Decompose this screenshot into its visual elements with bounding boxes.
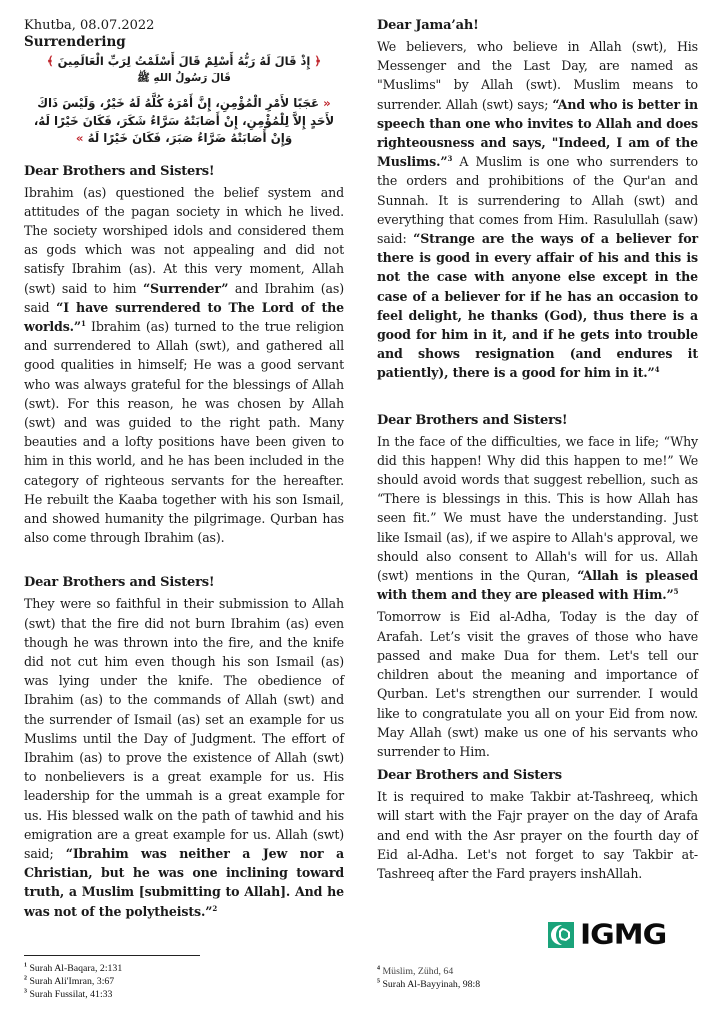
footnote-divider (24, 955, 200, 956)
arabic-verse-block: ﴿ إِذْ قَالَ لَهُ رَبُّهُ أَسْلِمْ قَالَ… (24, 53, 344, 148)
footnote-item: 1 Surah Al-Baqara, 2:131 (24, 962, 122, 975)
arabic-hadith: « عَجَبًا لأَمْرِ الْمُؤْمِنِ، إِنَّ أَم… (24, 95, 344, 148)
section-2: Dear Brothers and Sisters! They were so … (24, 573, 344, 920)
footnote-item: 2 Surah Ali'Imran, 3:67 (24, 975, 122, 988)
footnote-ref[interactable]: 5 (674, 587, 679, 596)
section-1: Dear Brothers and Sisters! Ibrahim (as) … (24, 162, 344, 548)
hadith-attribution: قَالَ رَسُولُ اللهِ ﷺ (24, 70, 344, 87)
igmg-logo: IGMG (548, 922, 666, 948)
footnote-number: 3 (24, 989, 27, 995)
footnote-ref[interactable]: 4 (655, 365, 660, 374)
khutba-date: Khutba, 08.07.2022 (24, 17, 344, 34)
footnotes-right: 4 Müslim, Zühd, 64 5 Surah Al-Bayyinah, … (377, 965, 480, 991)
hadith-quote: “Strange are the ways of a believer for … (377, 231, 698, 380)
section-takbir: Dear Brothers and Sisters It is required… (377, 766, 698, 883)
right-column: Dear Jama’ah! We believers, who believe … (377, 0, 698, 883)
body-text: In the face of the difficulties, we face… (377, 434, 698, 583)
body-text: Ibrahim (as) questioned the belief syste… (24, 185, 344, 296)
emphasis-text: “Surrender” (143, 281, 228, 296)
hadith-quote-open: « (323, 96, 331, 110)
footnote-text: Surah Ali'Imran, 3:67 (29, 976, 114, 987)
section-jamaah: Dear Jama’ah! We believers, who believe … (377, 16, 698, 383)
body-text: Ibrahim (as) turned to the true religion… (24, 319, 344, 545)
footnote-text: Surah Fussilat, 41:33 (29, 989, 112, 1000)
section-body: It is required to make Takbir at-Tashree… (377, 787, 698, 883)
footnote-number: 4 (377, 966, 380, 972)
footnote-text: Müslim, Zühd, 64 (382, 966, 453, 977)
footnote-text: Surah Al-Bayyinah, 98:8 (382, 979, 480, 990)
verse-bracket-open: ﴿ (314, 54, 321, 68)
section-heading: Dear Brothers and Sisters! (377, 411, 698, 430)
crescent-mosque-logo-icon (548, 922, 574, 948)
hadith-quote-close: » (76, 131, 84, 145)
section-heading: Dear Jama’ah! (377, 16, 698, 35)
body-text: They were so faithful in their submissio… (24, 596, 344, 861)
khutba-title: Surrendering (24, 34, 344, 51)
footnote-item: 5 Surah Al-Bayyinah, 98:8 (377, 978, 480, 991)
footnote-number: 5 (377, 979, 380, 985)
logo-text: IGMG (580, 923, 666, 947)
footnote-item: 3 Surah Fussilat, 41:33 (24, 988, 122, 1001)
footnote-item: 4 Müslim, Zühd, 64 (377, 965, 480, 978)
arabic-verse: ﴿ إِذْ قَالَ لَهُ رَبُّهُ أَسْلِمْ قَالَ… (24, 53, 344, 70)
section-body: They were so faithful in their submissio… (24, 594, 344, 920)
footnote-number: 1 (24, 963, 27, 969)
footnotes-left: 1 Surah Al-Baqara, 2:131 2 Surah Ali'Imr… (24, 962, 122, 1001)
section-heading: Dear Brothers and Sisters! (24, 573, 344, 592)
quran-quote: “Ibrahim was neither a Jew nor a Christi… (24, 846, 344, 919)
eid-paragraph: Tomorrow is Eid al-Adha, Today is the da… (377, 607, 698, 761)
verse-text: إِذْ قَالَ لَهُ رَبُّهُ أَسْلِمْ قَالَ أ… (58, 54, 311, 68)
section-body: Ibrahim (as) questioned the belief syste… (24, 183, 344, 548)
footnote-text: Surah Al-Baqara, 2:131 (29, 963, 122, 974)
section-body: In the face of the difficulties, we face… (377, 432, 698, 605)
section-heading: Dear Brothers and Sisters! (24, 162, 344, 181)
section-heading: Dear Brothers and Sisters (377, 766, 698, 785)
footnote-ref[interactable]: 2 (212, 903, 217, 912)
verse-bracket-close: ﴾ (47, 54, 54, 68)
section-body: We believers, who believe in Allah (swt)… (377, 37, 698, 383)
section-difficulties: Dear Brothers and Sisters! In the face o… (377, 411, 698, 761)
left-column: Khutba, 08.07.2022 Surrendering ﴿ إِذْ ق… (24, 0, 344, 921)
footnote-number: 2 (24, 976, 27, 982)
